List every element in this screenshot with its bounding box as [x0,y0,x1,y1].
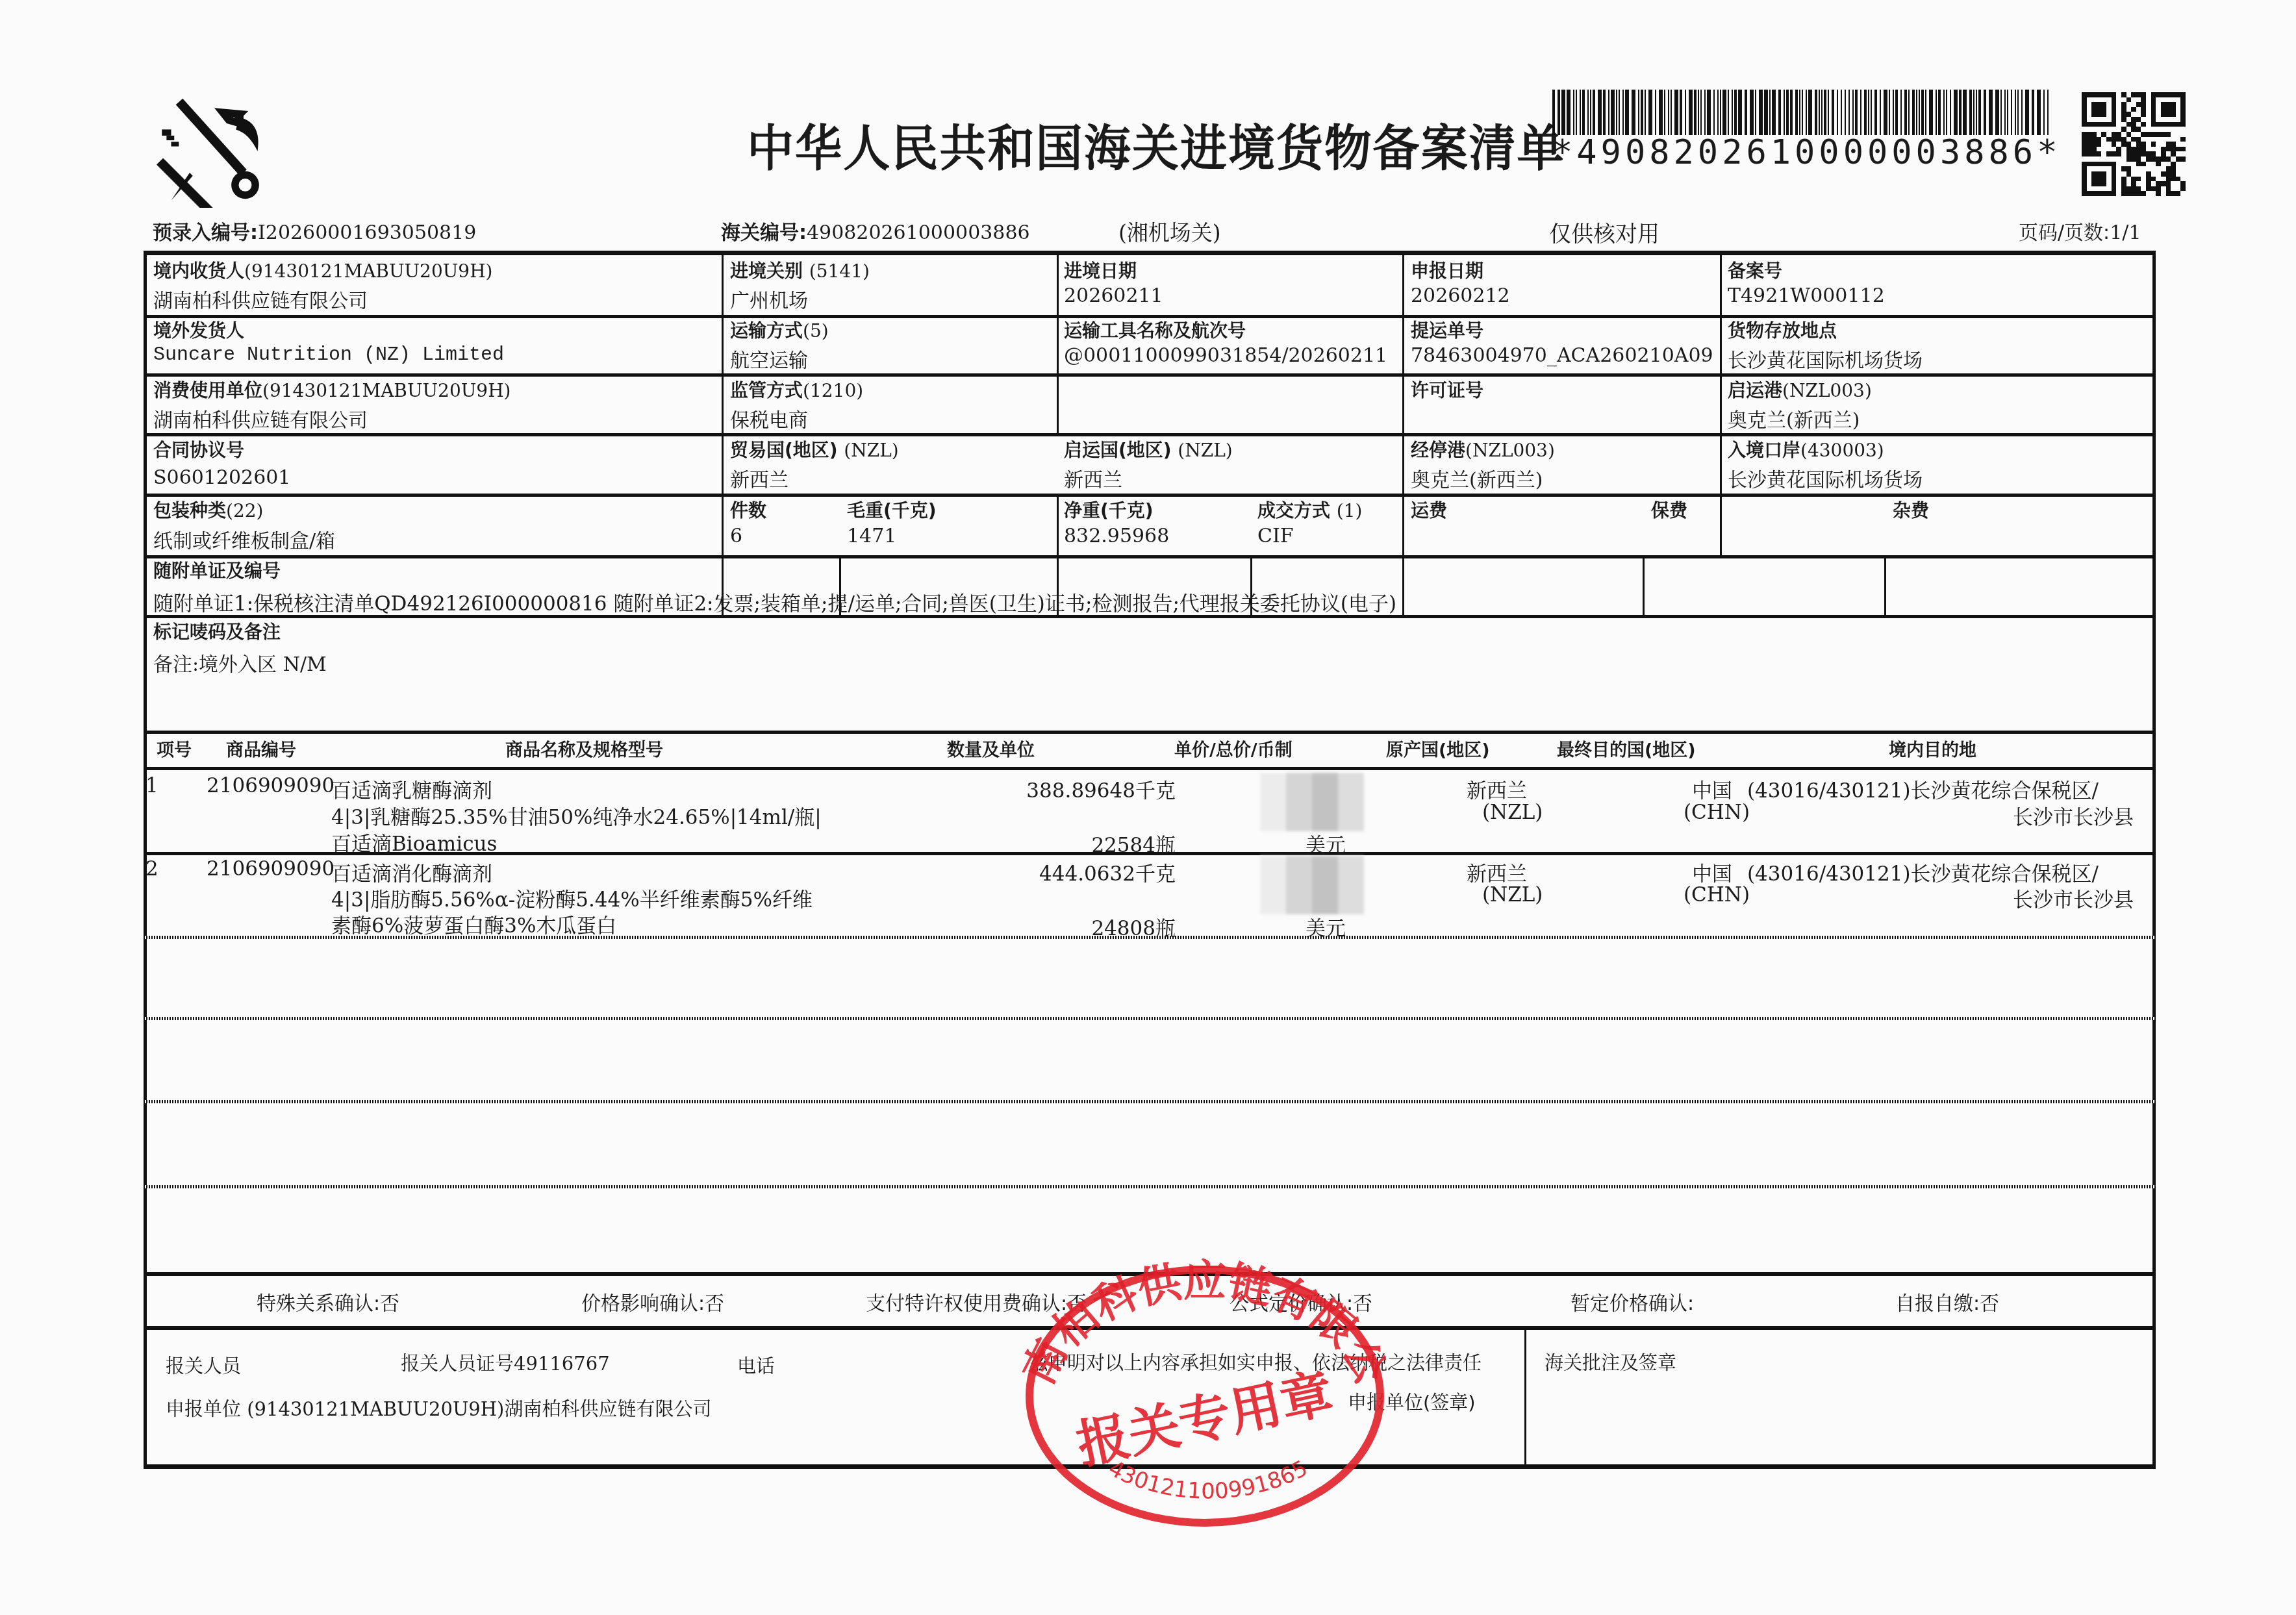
consignor-label: 境外发货人 [153,317,244,343]
item-qty-weight: 444.0632千克 [1039,857,1176,886]
page-value: 1/1 [2110,221,2141,244]
contract-no-label: 合同协议号 [153,436,244,462]
header-quantity: 数量及单位 [947,736,1035,761]
license-no-label: 许可证号 [1411,377,1483,403]
item-origin-code: (NZL) [1482,883,1543,907]
header-item-no: 项号 [157,736,192,761]
supervision-value: 保税电商 [730,404,808,432]
insurance-label: 保费 [1651,497,1687,523]
pre-entry-label: 预录入编号: [153,221,258,244]
transit-port-value: 奥克兰(新西兰) [1411,464,1543,492]
consumer-label: 消费使用单位(91430121MABUU20U9H) [153,377,511,403]
record-no-label: 备案号 [1728,257,1782,283]
barcode-text: *4908202610000003886* [1552,133,2052,172]
customs-signature: 海关批注及签章 [1545,1349,1676,1375]
item-qty-units: 22584瓶 [1091,829,1176,858]
svg-text:430121100991865: 430121100991865 [1104,1455,1312,1505]
qr-code-icon [2082,92,2186,196]
entry-port-label: 入境口岸(430003) [1728,436,1884,462]
customs-number-label: 海关编号: [721,221,807,244]
header-origin: 原产国(地区) [1386,736,1490,761]
item-dest-country-code: (CHN) [1684,801,1750,824]
item-spec-line2: 百适滴Bioamicus [331,827,497,857]
self-declare-pay: 自报自缴:否 [1895,1287,1999,1316]
page-label: 页码/页数: [2019,221,2110,244]
document-title: 中华人民共和国海关进境货物备案清单 [747,109,1565,180]
bill-no-value: 78463004970_ACA260210A09 [1411,344,1713,367]
broker-cert: 报关人员证号49116767 [401,1349,610,1376]
declare-date-label: 申报日期 [1411,257,1483,283]
consignor-value: Suncare Nutrition (NZ) Limited [153,344,504,366]
header-domestic-dest: 境内目的地 [1889,736,1976,761]
gross-weight-value: 1471 [847,525,896,547]
declare-date-value: 20260212 [1411,284,1510,307]
transport-mode-value: 航空运输 [730,344,808,373]
consignee-label: 境内收货人(91430121MABUU20U9H) [153,257,493,283]
transaction-mode-value: CIF [1257,525,1294,547]
gross-weight-label: 毛重(千克) [847,497,937,523]
item-origin: 新西兰 [1467,857,1527,886]
entry-date-label: 进境日期 [1064,257,1137,283]
item-qty-weight: 388.89648千克 [1026,774,1176,803]
item-hs-code: 2106909090 [207,774,334,797]
documents-value: 随附单证1:保税核注清单QD492126I000000816 随附单证2:发票;… [153,587,1396,616]
trade-country-value: 新西兰 [730,464,788,492]
transport-mode-label: 运输方式(5) [730,317,829,343]
item-origin: 新西兰 [1467,774,1527,803]
declarant-signature: 申报单位(签章) [1348,1388,1476,1415]
header-hs-code: 商品编号 [226,736,296,761]
entry-customs-value: 广州机场 [730,284,808,313]
redacted-price [1260,856,1364,914]
item-currency: 美元 [1306,829,1346,858]
package-type-value: 纸制或纤维板制盒/箱 [153,525,335,553]
provisional-price-confirm: 暂定价格确认: [1571,1287,1694,1316]
storage-place-value: 长沙黄花国际机场货场 [1728,344,1923,373]
customs-number: 海关编号:490820261000003886 [721,216,1030,245]
departure-country-value: 新西兰 [1064,464,1122,492]
pieces-label: 件数 [730,497,766,523]
pre-entry-value: I20260001693050819 [258,221,476,244]
verify-only-notice: 仅供核对用 [1549,216,1659,248]
special-relation-confirm: 特殊关系确认:否 [257,1287,399,1316]
supervision-label: 监管方式(1210) [730,377,863,403]
contract-no-value: S0601202601 [153,466,290,489]
transit-port-label: 经停港(NZL003) [1411,436,1555,462]
item-domestic-dest-2: 长沙市长沙县 [2013,801,2134,830]
redacted-price [1260,773,1364,831]
storage-place-label: 货物存放地点 [1728,317,1837,343]
package-type-label: 包装种类(22) [153,497,264,523]
item-hs-code: 2106909090 [207,857,334,881]
transport-tool-value: @0001100099031854/20260211 [1064,344,1387,367]
consignee-value: 湖南柏科供应链有限公司 [153,284,368,313]
header-price: 单价/总价/币制 [1174,736,1293,761]
item-currency: 美元 [1306,912,1346,941]
china-customs-emblem-icon [153,97,276,208]
item-spec-line2: 素酶6%菠萝蛋白酶3%木瓜蛋白 [331,909,616,938]
item-domestic-dest-1: (43016/430121)长沙黄花综合保税区/ [1747,857,2099,886]
item-dest-country-code: (CHN) [1684,883,1750,907]
broker-label: 报关人员 [166,1352,241,1379]
header-final-dest: 最终目的国(地区) [1557,736,1696,761]
record-no-value: T4921W000112 [1728,284,1885,307]
misc-fee-label: 杂费 [1893,497,1929,523]
freight-label: 运费 [1411,497,1447,523]
item-no: 1 [145,774,158,797]
item-qty-units: 24808瓶 [1091,912,1176,941]
price-influence-confirm: 价格影响确认:否 [581,1287,724,1316]
consumer-value: 湖南柏科供应链有限公司 [153,404,368,432]
bill-no-label: 提运单号 [1411,317,1483,343]
net-weight-label: 净重(千克) [1064,497,1154,523]
page-number: 页码/页数:1/1 [2019,216,2141,245]
item-name: 百适滴消化酶滴剂 [331,857,492,886]
pre-entry-number: 预录入编号:I20260001693050819 [153,216,476,245]
formula-price-confirm: 公式定价确认:否 [1230,1287,1372,1316]
royalty-confirm: 支付特许权使用费确认:否 [866,1287,1087,1316]
departure-port-value: 奥克兰(新西兰) [1728,404,1860,432]
item-dest-country: 中国 [1692,857,1732,886]
declarant: 申报单位 (91430121MABUU20U9H)湖南柏科供应链有限公司 [166,1395,711,1421]
item-spec-line1: 4|3|脂肪酶5.56%α-淀粉酶5.44%半纤维素酶5%纤维 [331,883,813,912]
departure-country-label: 启运国(地区) (NZL) [1064,436,1233,462]
customs-number-value: 490820261000003886 [807,221,1030,244]
svg-text:报关专用章: 报关专用章 [1072,1362,1339,1475]
net-weight-value: 832.95968 [1064,525,1169,547]
item-domestic-dest-2: 长沙市长沙县 [2013,883,2134,912]
item-dest-country: 中国 [1692,774,1732,803]
pieces-value: 6 [730,525,742,547]
marks-label: 标记唛码及备注 [153,618,281,644]
customs-office: (湘机场关) [1118,216,1221,247]
transaction-mode-label: 成交方式 (1) [1257,497,1362,523]
item-spec-line1: 4|3|乳糖酶25.35%甘油50%纯净水24.65%|14ml/瓶| [331,801,822,830]
documents-label: 随附单证及编号 [153,557,281,583]
item-no: 2 [145,857,158,881]
entry-customs-label: 进境关别 (5141) [730,257,870,283]
entry-date-value: 20260211 [1064,284,1163,307]
phone-label: 电话 [737,1352,775,1379]
declaration-statement: 兹申明对以上内容承担如实申报、依法纳税之法律责任 [1029,1349,1482,1375]
header-name-spec: 商品名称及规格型号 [505,736,663,761]
item-name: 百适滴乳糖酶滴剂 [331,774,492,803]
entry-port-value: 长沙黄花国际机场货场 [1728,464,1923,492]
trade-country-label: 贸易国(地区) (NZL) [730,436,899,462]
item-domestic-dest-1: (43016/430121)长沙黄花综合保税区/ [1747,774,2099,803]
marks-value: 备注:境外入区 N/M [153,648,327,677]
transport-tool-label: 运输工具名称及航次号 [1064,317,1246,343]
item-origin-code: (NZL) [1482,801,1543,824]
departure-port-label: 启运港(NZL003) [1728,377,1872,403]
